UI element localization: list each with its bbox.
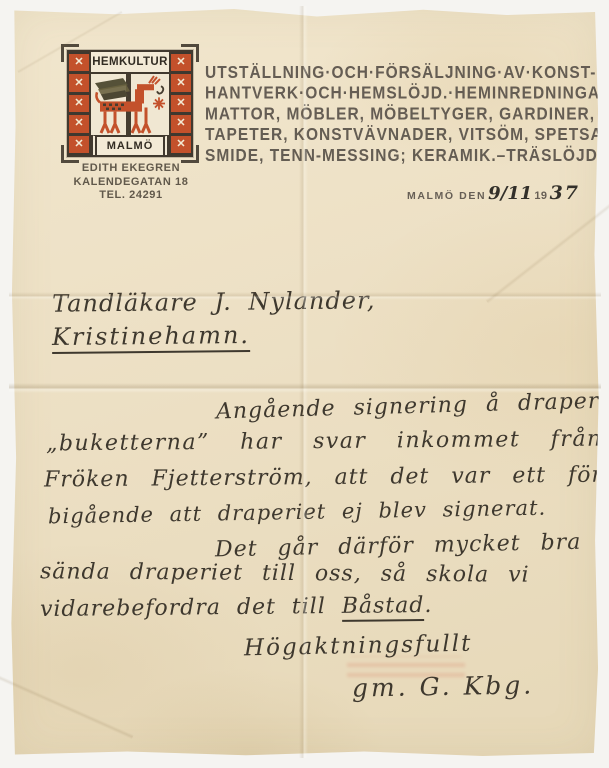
header-line: HANTVERK·OCH·HEMSLÖJD.·HEMINREDNINGAR [205,84,609,105]
header-line: UTSTÄLLNING·OCH·FÖRSÄLJNING·AV·KONST- [205,63,609,84]
contact-street: KALENDEGATAN 18 [53,176,209,190]
body-line-text: vidarebefordra det till [40,594,342,622]
valediction: Högaktningsfullt [244,631,473,662]
signature: gm. G. Kbg. [352,670,535,702]
folk-cross-icon: ✕ [171,115,191,132]
dateline-year-handwritten: 37 [550,182,580,204]
logo-brand-label: HEMKULTUR [91,52,169,74]
folk-cross-icon: ✕ [69,95,89,112]
folk-cross-icon: ✕ [171,74,191,91]
dateline-century: 19 [534,190,547,202]
body-line: „buketterna” har svar inkommet från [46,427,603,457]
dateline-place: MALMÖ DEN [407,190,486,202]
contact-phone: TEL. 24291 [53,189,209,203]
dateline-day-month-handwritten: 9/11 [488,183,532,204]
logo-motif-panel [91,74,169,135]
contact-block: EDITH EKEGREN KALENDEGATAN 18 TEL. 24291 [53,162,209,203]
photo-background: ✕ ✕ ✕ ✕ ✕ HEMKULTUR [0,0,609,768]
logo-pattern-column-right: ✕ ✕ ✕ ✕ ✕ [171,52,191,155]
body-line: Fröken Fjetterström, att det var ett för… [44,463,609,493]
body-line: sända draperiet till oss, så skola vi [40,559,530,587]
folk-cross-icon: ✕ [69,74,89,91]
deer-and-tree-folk-motif-icon [91,74,169,135]
folk-cross-icon: ✕ [69,54,89,71]
header-line: MATTOR, MÖBLER, MÖBELTYGER, GARDINER, [205,104,609,125]
header-line: SMIDE, TENN-MESSING; KERAMIK.–TRÄSLÖJD. [205,146,609,167]
logo-frame: ✕ ✕ ✕ ✕ ✕ HEMKULTUR [67,50,193,157]
body-line: Angående signering å draperi [216,389,608,425]
body-line: Det går därför mycket bra att [215,529,609,563]
body-line: bigående att draperiet ej blev signerat. [48,496,547,529]
folk-cross-icon: ✕ [69,115,89,132]
body-line-text: . [424,593,432,618]
folk-cross-icon: ✕ [171,95,191,112]
header-line: TAPETER, KONSTVÄVNADER, VITSÖM, SPETSAR, [205,125,609,146]
logo-city-label: MALMÖ [91,135,169,155]
body-line: vidarebefordra det till Båstad. [40,593,433,622]
letterhead-logo: ✕ ✕ ✕ ✕ ✕ HEMKULTUR [67,50,193,157]
contact-name: EDITH EKEGREN [53,162,209,176]
folk-cross-icon: ✕ [69,136,89,153]
logo-pattern-column-left: ✕ ✕ ✕ ✕ ✕ [69,52,89,155]
letter-paper: ✕ ✕ ✕ ✕ ✕ HEMKULTUR [9,6,601,759]
recipient-name: Tandläkare J. Nylander, [52,286,376,317]
recipient-city: Kristinehamn. [52,321,250,354]
folk-cross-icon: ✕ [171,136,191,153]
printed-header: UTSTÄLLNING·OCH·FÖRSÄLJNING·AV·KONST- HA… [205,63,609,167]
logo-center-column: HEMKULTUR [89,52,171,155]
folk-cross-icon: ✕ [171,54,191,71]
underlined-destination: Båstad [342,593,425,622]
dateline: MALMÖ DEN 9/11 19 37 [407,182,582,204]
